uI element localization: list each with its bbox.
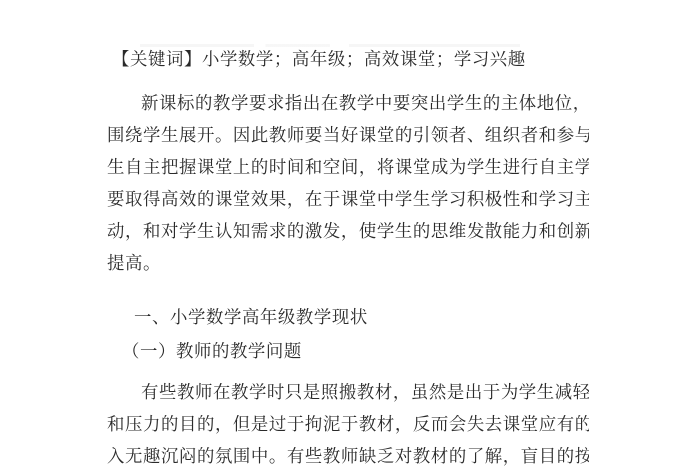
paragraph-line: 有些教师在教学时只是照搬教材，虽然是出于为学生减轻学习难度: [107, 382, 589, 404]
section-heading: 一、小学数学高年级教学现状: [134, 307, 368, 329]
paragraph-line: 新课标的教学要求指出在教学中要突出学生的主体地位，课堂教学: [107, 93, 589, 115]
faint-cutoff-text: [140, 44, 520, 47]
paragraph-line: 提高。: [107, 253, 589, 275]
subsection-heading: （一）教师的教学问题: [122, 341, 302, 363]
paragraph-line: 要取得高效的课堂效果，在于课堂中学生学习积极性和学习主动性的调: [107, 189, 589, 211]
paragraph-line: 入无趣沉闷的氛围中。有些教师缺乏对教材的了解，盲目的按照新课标: [107, 446, 589, 468]
paragraph-line: 动，和对学生认知需求的激发，使学生的思维发散能力和创新能力得到: [107, 221, 589, 243]
paragraph-line: 生自主把握课堂上的时间和空间，将课堂成为学生进行自主学习的过程。: [107, 157, 589, 179]
document-page: 【关键词】小学数学；高年级；高效课堂；学习兴趣 新课标的教学要求指出在教学中要突…: [0, 0, 700, 470]
paragraph-line: 和压力的目的，但是过于拘泥于教材，反而会失去课堂应有的活跃，陷: [107, 414, 589, 436]
keywords-line: 【关键词】小学数学；高年级；高效课堂；学习兴趣: [112, 49, 526, 71]
paragraph-line: 围绕学生展开。因此教师要当好课堂的引领者、组织者和参与者，让学: [107, 125, 589, 147]
